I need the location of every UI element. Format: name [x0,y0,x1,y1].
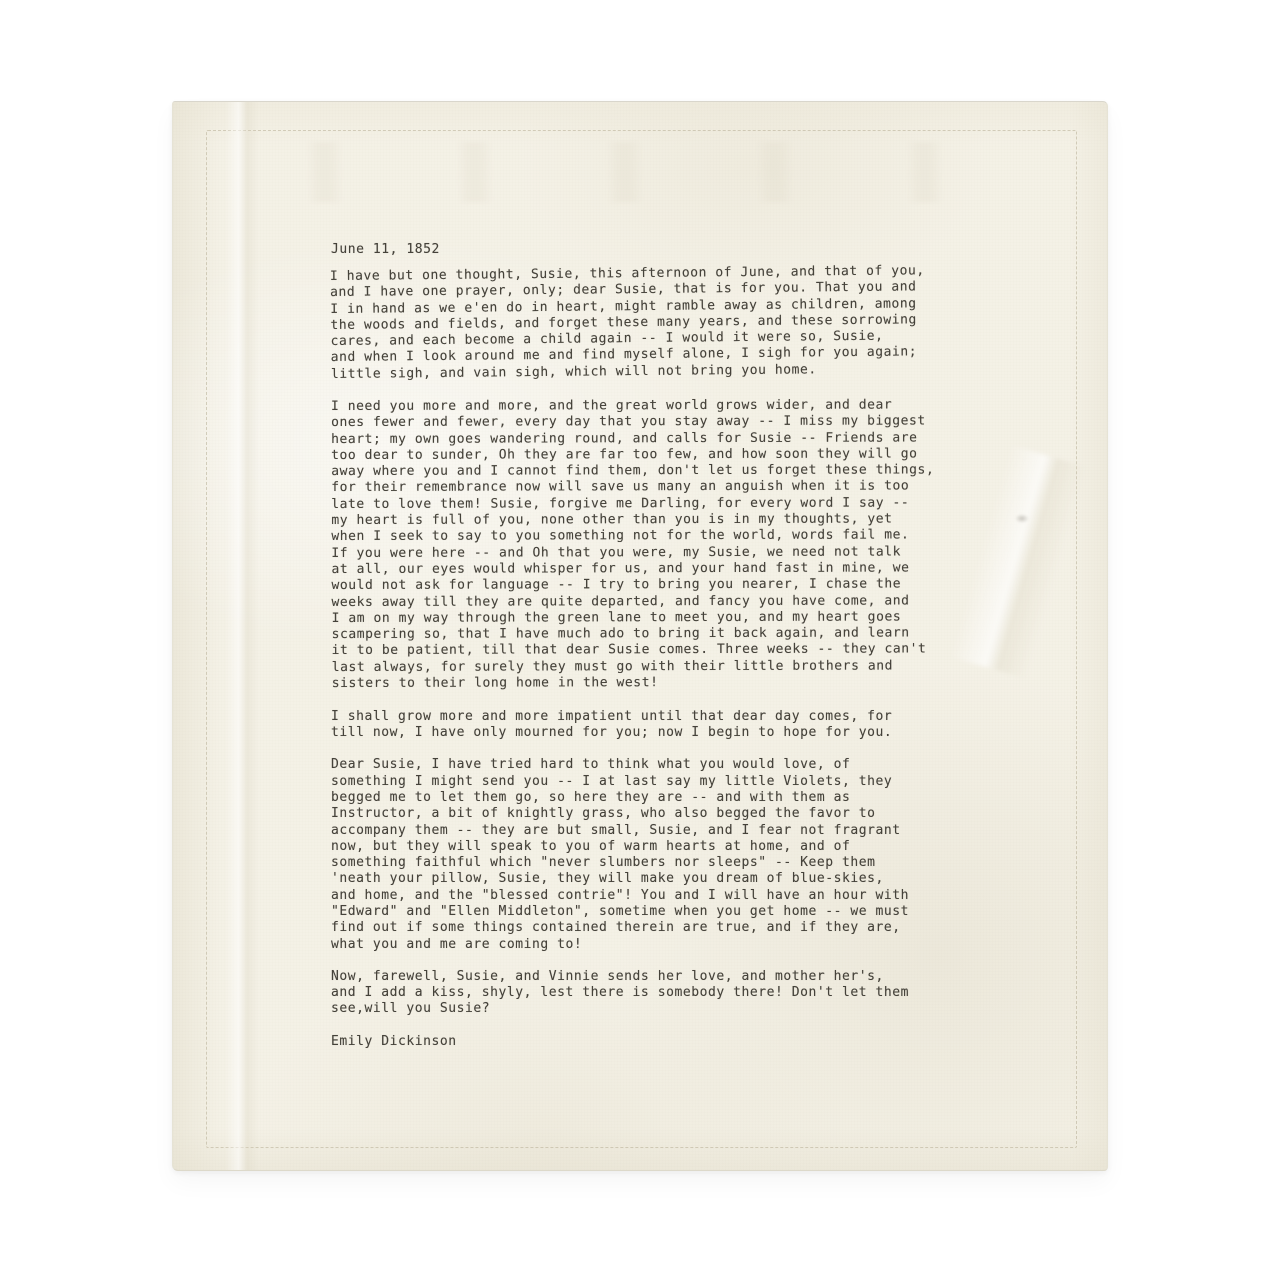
letter-paragraph-3: I shall grow more and more impatient unt… [331,709,1003,742]
letter-date: June 11, 1852 [331,242,1003,258]
photo-background: June 11, 1852 I have but one thought, Su… [0,0,1280,1280]
letter-paragraph-2: I need you more and more, and the great … [331,398,1004,693]
letter-signature: Emily Dickinson [331,1034,1003,1050]
letter-paragraph-5: Now, farewell, Susie, and Vinnie sends h… [331,969,1003,1018]
fabric-smudge [1015,514,1029,523]
printed-letter: June 11, 1852 I have but one thought, Su… [331,242,1003,1050]
fabric-crease-top [248,142,1033,202]
letter-paragraph-1: I have but one thought, Susie, this afte… [330,263,1003,384]
tea-towel: June 11, 1852 I have but one thought, Su… [172,101,1108,1171]
letter-paragraph-4: Dear Susie, I have tried hard to think w… [331,757,1003,953]
fabric-crease-left [225,102,259,1170]
